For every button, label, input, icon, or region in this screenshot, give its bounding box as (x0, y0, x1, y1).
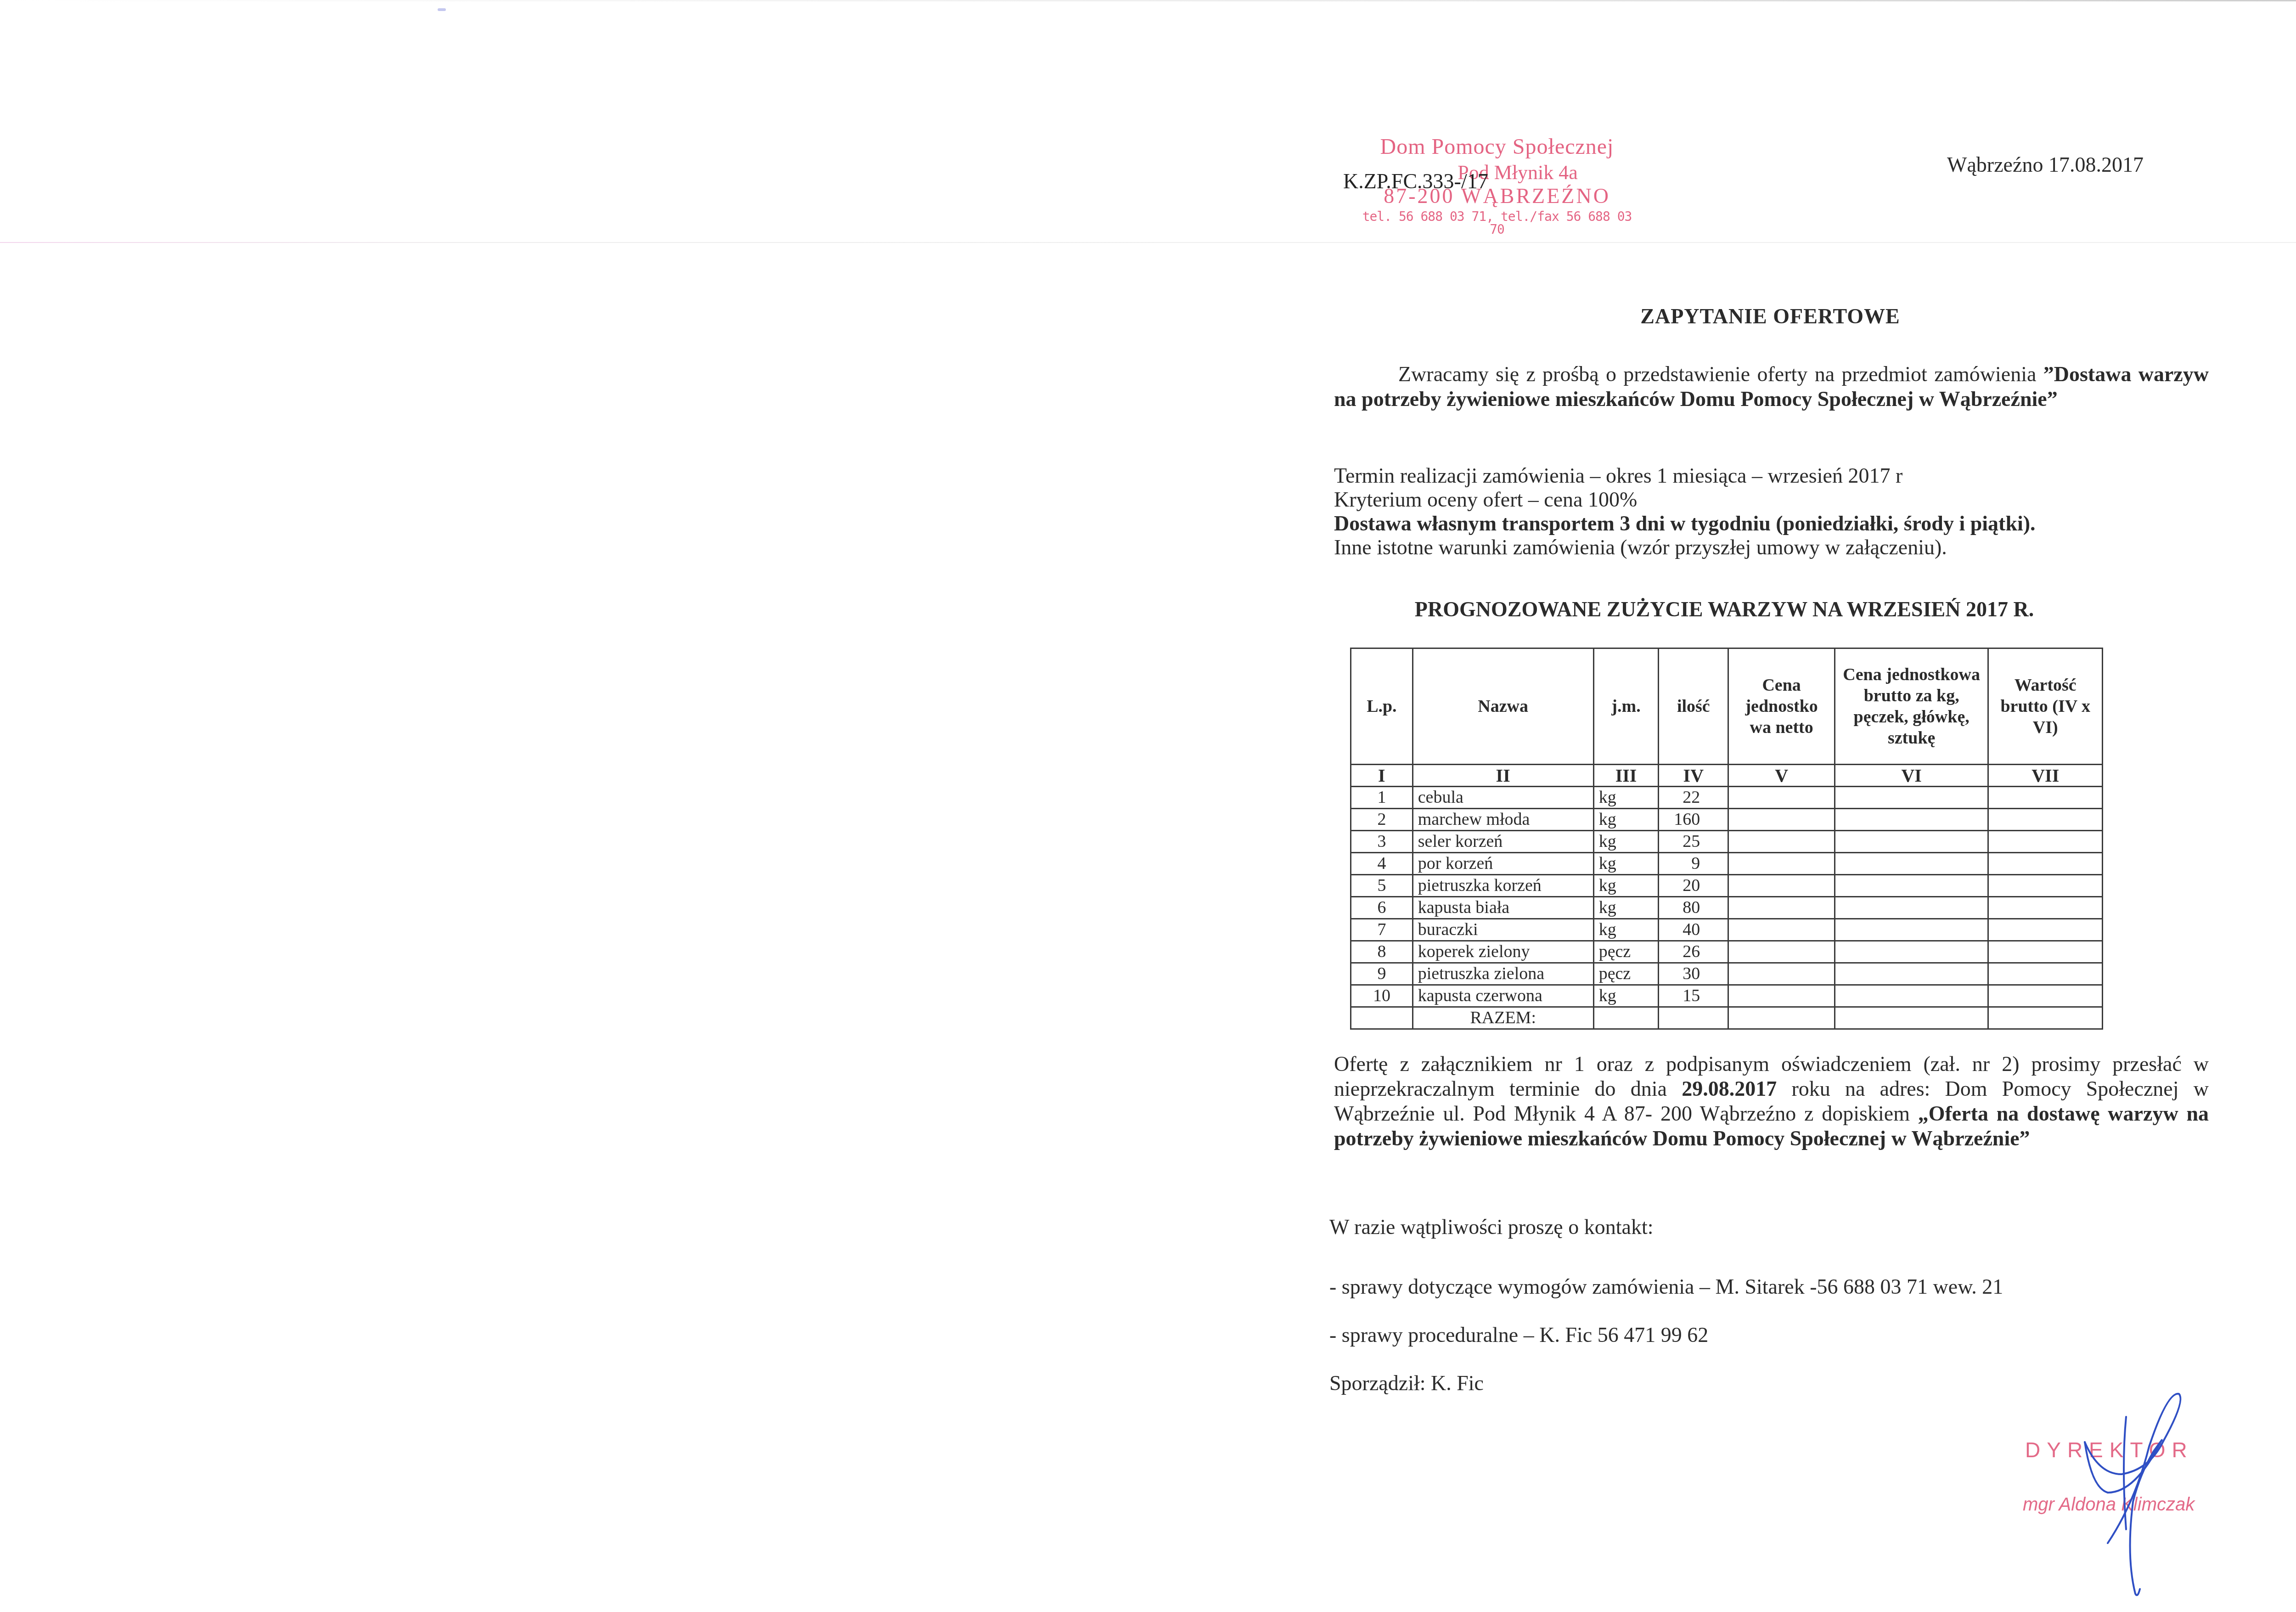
cell-unit: kg (1593, 831, 1659, 853)
cell-gross-value (1988, 853, 2103, 875)
total-cell (1835, 1007, 1988, 1029)
col-header-lp: L.p. (1351, 648, 1413, 765)
contact-requirements: - sprawy dotyczące wymogów zamówienia – … (1329, 1274, 2003, 1299)
cell-unit: pęcz (1593, 963, 1659, 985)
stamp-line-1: Dom Pomocy Społecznej (1359, 136, 1635, 158)
cell-gross-value (1988, 809, 2103, 831)
cell-qty: 30 (1659, 963, 1728, 985)
cell-net-price (1728, 985, 1835, 1007)
table-title: PROGNOZOWANE ZUŻYCIE WARZYW NA WRZESIEŃ … (1322, 597, 2126, 621)
cell-lp: 7 (1351, 919, 1413, 941)
term-deadline: Termin realizacji zamówienia – okres 1 m… (1334, 464, 2209, 488)
cell-unit: kg (1593, 897, 1659, 919)
cell-gross-value (1988, 963, 2103, 985)
cell-gross-price (1835, 831, 1988, 853)
cell-name: kapusta biała (1412, 897, 1593, 919)
handwritten-signature-icon (2057, 1382, 2195, 1607)
cell-qty: 160 (1659, 809, 1728, 831)
cell-lp: 5 (1351, 875, 1413, 897)
cell-unit: kg (1593, 919, 1659, 941)
cell-net-price (1728, 963, 1835, 985)
table-row: 10kapusta czerwonakg15 (1351, 985, 2103, 1007)
table-row: 6kapusta białakg80 (1351, 897, 2103, 919)
table-row: 3seler korzeńkg25 (1351, 831, 2103, 853)
scan-edge-top (0, 0, 2296, 1)
cell-gross-price (1835, 875, 1988, 897)
cell-gross-price (1835, 809, 1988, 831)
table-row: 7buraczkikg40 (1351, 919, 2103, 941)
col-header-net-price: Cena jednostko wa netto (1728, 648, 1835, 765)
cell-unit: kg (1593, 875, 1659, 897)
cell-name: pietruszka zielona (1412, 963, 1593, 985)
col-header-name: Nazwa (1412, 648, 1593, 765)
roman-1: I (1351, 765, 1413, 787)
cell-lp: 8 (1351, 941, 1413, 963)
term-delivery: Dostawa własnym transportem 3 dni w tygo… (1334, 512, 2209, 535)
cell-lp: 9 (1351, 963, 1413, 985)
cell-net-price (1728, 853, 1835, 875)
cell-net-price (1728, 897, 1835, 919)
table-row: 1cebulakg22 (1351, 787, 2103, 809)
reference-number: K.ZP.FC.333-/17 (1343, 169, 1488, 193)
table-row: 5pietruszka korzeńkg20 (1351, 875, 2103, 897)
intro-text: Zwracamy się z prośbą o przedstawienie o… (1398, 362, 2036, 386)
col-header-gross-price: Cena jednostkowa brutto za kg, pęczek, g… (1835, 648, 1988, 765)
total-cell (1988, 1007, 2103, 1029)
cell-qty: 26 (1659, 941, 1728, 963)
cell-lp: 2 (1351, 809, 1413, 831)
cell-net-price (1728, 809, 1835, 831)
intro-paragraph: Zwracamy się z prośbą o przedstawienie o… (1334, 362, 2209, 411)
cell-gross-value (1988, 831, 2103, 853)
total-label: RAZEM: (1412, 1007, 1593, 1029)
cell-gross-price (1835, 963, 1988, 985)
col-header-qty: ilość (1659, 648, 1728, 765)
cell-gross-value (1988, 941, 2103, 963)
cell-gross-price (1835, 787, 1988, 809)
cell-gross-value (1988, 919, 2103, 941)
cell-lp: 4 (1351, 853, 1413, 875)
cell-qty: 20 (1659, 875, 1728, 897)
cell-qty: 9 (1659, 853, 1728, 875)
roman-2: II (1412, 765, 1593, 787)
roman-3: III (1593, 765, 1659, 787)
cell-qty: 15 (1659, 985, 1728, 1007)
cell-qty: 80 (1659, 897, 1728, 919)
offer-deadline: 29.08.2017 (1682, 1077, 1777, 1100)
table-row: 9pietruszka zielonapęcz30 (1351, 963, 2103, 985)
consumption-table: L.p. Nazwa j.m. ilość Cena jednostko wa … (1350, 648, 2103, 1030)
roman-numeral-row: I II III IV V VI VII (1351, 765, 2103, 787)
cell-gross-value (1988, 787, 2103, 809)
cell-qty: 22 (1659, 787, 1728, 809)
col-header-gross-value: Wartość brutto (IV x VI) (1988, 648, 2103, 765)
cell-name: seler korzeń (1412, 831, 1593, 853)
col-header-unit: j.m. (1593, 648, 1659, 765)
prepared-by: Sporządził: K. Fic (1329, 1371, 1484, 1395)
contact-intro: W razie wątpliwości proszę o kontakt: (1329, 1215, 1654, 1239)
cell-gross-value (1988, 897, 2103, 919)
cell-unit: kg (1593, 787, 1659, 809)
cell-gross-price (1835, 853, 1988, 875)
cell-name: buraczki (1412, 919, 1593, 941)
cell-name: kapusta czerwona (1412, 985, 1593, 1007)
cell-unit: kg (1593, 809, 1659, 831)
term-other: Inne istotne warunki zamówienia (wzór pr… (1334, 535, 2209, 559)
cell-gross-value (1988, 985, 2103, 1007)
cell-name: marchew młoda (1412, 809, 1593, 831)
cell-name: por korzeń (1412, 853, 1593, 875)
cell-net-price (1728, 941, 1835, 963)
cell-qty: 40 (1659, 919, 1728, 941)
cell-unit: kg (1593, 853, 1659, 875)
cell-net-price (1728, 831, 1835, 853)
cell-name: pietruszka korzeń (1412, 875, 1593, 897)
scan-speck (438, 8, 446, 11)
cell-lp: 3 (1351, 831, 1413, 853)
total-cell (1659, 1007, 1728, 1029)
cell-net-price (1728, 875, 1835, 897)
cell-net-price (1728, 919, 1835, 941)
table-row: 4por korzeńkg9 (1351, 853, 2103, 875)
roman-7: VII (1988, 765, 2103, 787)
cell-unit: pęcz (1593, 941, 1659, 963)
cell-lp: 1 (1351, 787, 1413, 809)
scan-fold-line (0, 242, 2296, 243)
table-header-row: L.p. Nazwa j.m. ilość Cena jednostko wa … (1351, 648, 2103, 765)
roman-6: VI (1835, 765, 1988, 787)
cell-qty: 25 (1659, 831, 1728, 853)
total-cell (1351, 1007, 1413, 1029)
cell-name: cebula (1412, 787, 1593, 809)
cell-gross-price (1835, 897, 1988, 919)
place-date: Wąbrzeźno 17.08.2017 (1947, 152, 2144, 177)
stamp-line-4: tel. 56 688 03 71, tel./fax 56 688 03 70 (1359, 210, 1635, 236)
cell-lp: 10 (1351, 985, 1413, 1007)
document-title: ZAPYTANIE OFERTOWE (1322, 304, 2218, 328)
roman-4: IV (1659, 765, 1728, 787)
cell-net-price (1728, 787, 1835, 809)
cell-gross-price (1835, 985, 1988, 1007)
table-total-row: RAZEM: (1351, 1007, 2103, 1029)
table-row: 2marchew młodakg160 (1351, 809, 2103, 831)
total-cell (1593, 1007, 1659, 1029)
cell-gross-price (1835, 919, 1988, 941)
contact-procedural: - sprawy proceduralne – K. Fic 56 471 99… (1329, 1323, 1708, 1347)
terms-block: Termin realizacji zamówienia – okres 1 m… (1334, 464, 2209, 559)
cell-gross-price (1835, 941, 1988, 963)
table-row: 8koperek zielonypęcz26 (1351, 941, 2103, 963)
roman-5: V (1728, 765, 1835, 787)
cell-name: koperek zielony (1412, 941, 1593, 963)
cell-unit: kg (1593, 985, 1659, 1007)
term-criterion: Kryterium oceny ofert – cena 100% (1334, 488, 2209, 512)
total-cell (1728, 1007, 1835, 1029)
offer-paragraph: Ofertę z załącznikiem nr 1 oraz z podpis… (1334, 1052, 2209, 1151)
cell-gross-value (1988, 875, 2103, 897)
cell-lp: 6 (1351, 897, 1413, 919)
